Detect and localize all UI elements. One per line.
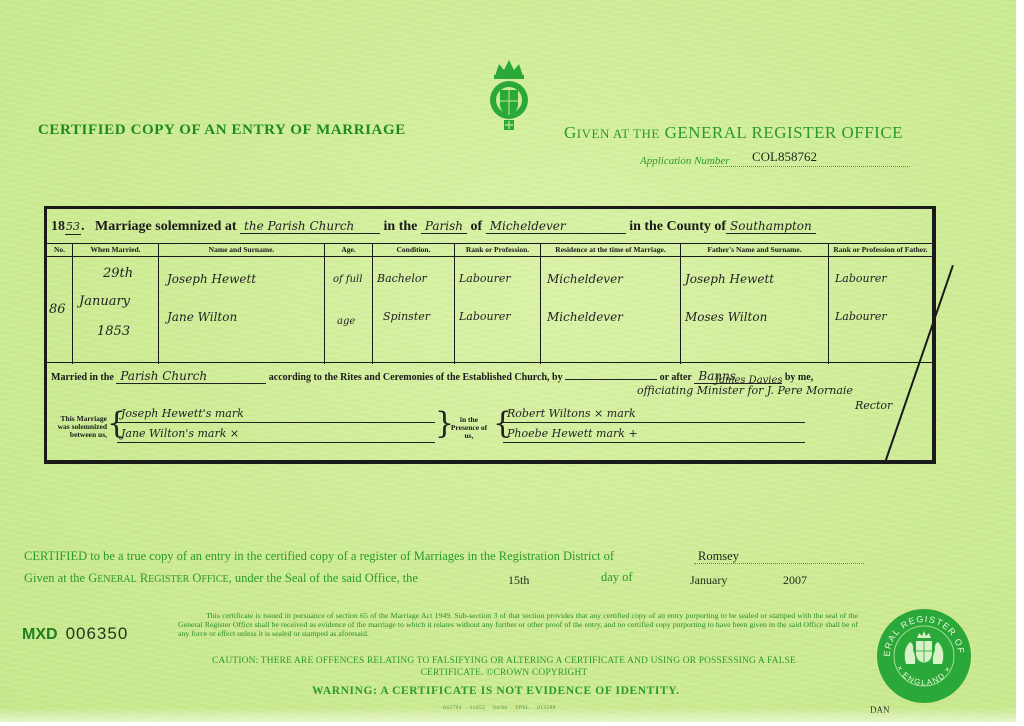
groom-residence: Micheldever xyxy=(547,272,623,286)
groom-father-name: Joseph Hewett xyxy=(685,272,774,286)
column-father-profession: Rank or Profession of Father. Labourer L… xyxy=(829,244,932,364)
given-suffix: , under the Seal of the said Office, the xyxy=(229,571,418,585)
application-number: COL858762 xyxy=(752,149,817,165)
column-header: Rank or Profession. xyxy=(455,244,540,257)
serial-digits: 006350 xyxy=(66,624,129,643)
witness-2-signature: Phoebe Hewett mark + xyxy=(503,427,805,443)
royal-crest-icon xyxy=(481,56,537,134)
column-header: Name and Surname. xyxy=(159,244,324,257)
county-value: Southampton xyxy=(726,219,816,234)
bride-father-profession: Labourer xyxy=(835,310,887,323)
rites-text: according to the Rites and Ceremonies of… xyxy=(269,372,563,383)
caution-notice: CAUTION: THERE ARE OFFENCES RELATING TO … xyxy=(184,655,824,679)
column-header: Condition. xyxy=(373,244,454,257)
marriage-register-entry: 1853. Marriage solemnized at the Parish … xyxy=(44,206,936,464)
by-me-label: by me, xyxy=(785,372,813,383)
column-header: Age. xyxy=(325,244,372,257)
married-in-value: Parish Church xyxy=(116,369,266,384)
column-profession: Rank or Profession. Labourer Labourer xyxy=(455,244,541,364)
column-father-name: Father's Name and Surname. Joseph Hewett… xyxy=(681,244,829,364)
officiant-line: officiating Minister for J. Pere Mornaie xyxy=(637,384,853,397)
serial-number: MXD006350 xyxy=(22,624,128,644)
legal-notice: This certificate is issued in pursuance … xyxy=(178,611,858,638)
presence-label: in the Presence of us, xyxy=(449,416,489,440)
officiant-title: Rector xyxy=(855,399,892,412)
certificate-month: January xyxy=(690,573,727,588)
issuing-office-heading: GIVEN AT THE GENERAL REGISTER OFFICE xyxy=(564,123,903,143)
solemnized-label: Marriage solemnized at xyxy=(95,219,237,234)
register-heading: 1853. Marriage solemnized at the Parish … xyxy=(51,219,816,235)
certificate-title: CERTIFIED COPY OF AN ENTRY OF MARRIAGE xyxy=(38,122,406,139)
certified-statement: CERTIFIED to be a true copy of an entry … xyxy=(24,549,614,564)
age-value-2: age xyxy=(337,316,355,327)
column-header: No. xyxy=(47,244,72,257)
print-code: 043704 11052 04/06 SPSL 013588 xyxy=(443,705,556,711)
year-suffix: 53 xyxy=(65,220,81,235)
parish-type-value: Parish xyxy=(421,219,467,234)
certificate-day: 15th xyxy=(508,573,529,588)
groom-name: Joseph Hewett xyxy=(167,272,256,286)
groom-condition: Bachelor xyxy=(377,272,427,285)
clerk-initials: DAN xyxy=(870,705,890,715)
given-at-statement: Given at the GENERAL REGISTER OFFICE, un… xyxy=(24,571,418,586)
age-value: of full xyxy=(333,274,362,285)
married-in-line: Married in the Parish Church according t… xyxy=(51,369,813,384)
bride-name: Jane Wilton xyxy=(167,310,237,324)
office-word-2: EGISTER xyxy=(148,574,189,585)
groom-signature: Joseph Hewett's mark xyxy=(117,407,435,423)
marriage-month: January xyxy=(79,294,130,309)
column-no: No. 86 xyxy=(47,244,73,364)
office-initial-g: G xyxy=(88,571,97,585)
registration-district: Romsey xyxy=(698,549,739,564)
column-name: Name and Surname. Joseph Hewett Jane Wil… xyxy=(159,244,325,364)
heading-small-caps: IVEN AT THE xyxy=(577,126,660,141)
or-after-label: or after xyxy=(660,372,692,383)
bride-signature: Jane Wilton's mark × xyxy=(117,427,435,443)
marriage-year: 1853 xyxy=(97,324,130,339)
column-header: Rank or Profession of Father. xyxy=(829,244,932,257)
of-label: of xyxy=(471,219,483,234)
marriage-day: 29th xyxy=(103,266,133,281)
column-residence: Residence at the time of Marriage. Miche… xyxy=(541,244,681,364)
heading-initial: G xyxy=(564,123,577,142)
given-prefix: Given at the xyxy=(24,571,85,585)
groom-father-profession: Labourer xyxy=(835,272,887,285)
column-header: Residence at the time of Marriage. xyxy=(541,244,680,257)
between-us-label: This Marriage was solemnized between us, xyxy=(49,415,107,439)
year-prefix: 18 xyxy=(51,219,65,234)
groom-profession: Labourer xyxy=(459,272,511,285)
certificate-year: 2007 xyxy=(783,573,807,588)
county-label: in the County of xyxy=(629,219,726,234)
office-word-3: FFICE xyxy=(201,574,228,585)
solemnized-at-value: the Parish Church xyxy=(240,219,380,234)
bride-condition: Spinster xyxy=(383,310,430,323)
heading-office-name: GENERAL REGISTER OFFICE xyxy=(665,123,904,142)
column-condition: Condition. Bachelor Spinster xyxy=(373,244,455,364)
parish-name-value: Micheldever xyxy=(486,219,626,234)
column-when-married: When Married. 29th January 1853 xyxy=(73,244,159,364)
column-header: When Married. xyxy=(73,244,158,257)
witness-1-signature: Robert Wiltons × mark xyxy=(503,407,805,423)
identity-warning: WARNING: A CERTIFICATE IS NOT EVIDENCE O… xyxy=(312,685,680,697)
register-columns: No. 86 When Married. 29th January 1853 N… xyxy=(47,243,932,363)
column-age: Age. of full age xyxy=(325,244,373,364)
office-initial-r: R xyxy=(140,571,148,585)
column-header: Father's Name and Surname. xyxy=(681,244,828,257)
bride-residence: Micheldever xyxy=(547,310,623,324)
office-word-1: ENERAL xyxy=(97,574,136,585)
serial-prefix: MXD xyxy=(22,626,58,643)
married-in-label: Married in the xyxy=(51,372,114,383)
entry-number: 86 xyxy=(49,302,66,317)
application-number-dotted-line xyxy=(710,166,910,167)
bride-father-name: Moses Wilton xyxy=(685,310,767,324)
day-of-label: day of xyxy=(601,570,633,585)
general-register-office-seal-icon: GENERAL REGISTER OFFICE × ENGLAND × xyxy=(876,608,972,704)
bride-profession: Labourer xyxy=(459,310,511,323)
licence-blank xyxy=(565,379,657,380)
certificate-paper: CERTIFIED COPY OF AN ENTRY OF MARRIAGE G… xyxy=(0,0,1016,722)
in-the-label: in the xyxy=(384,219,418,234)
